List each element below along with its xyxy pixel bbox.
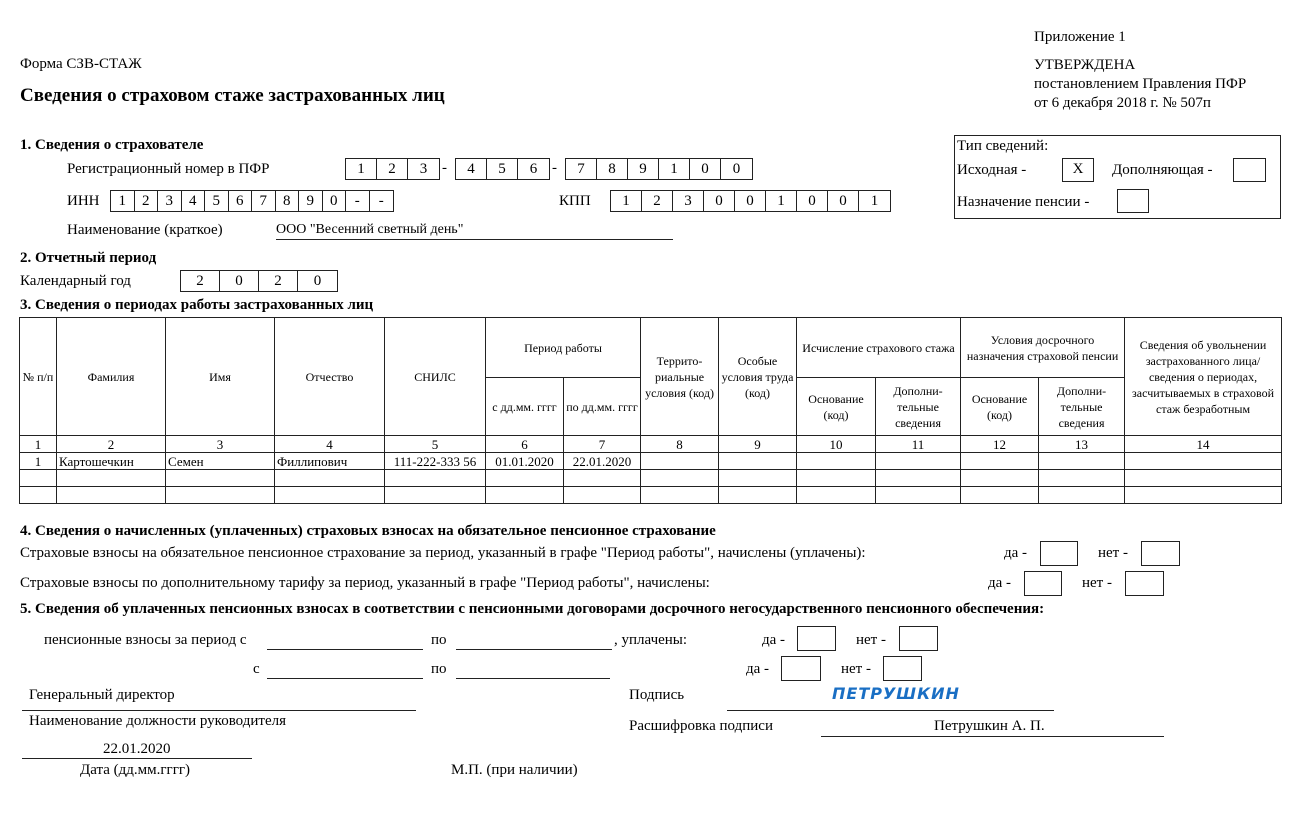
kpp-label: КПП [559, 193, 591, 210]
digit-cell[interactable]: 5 [487, 159, 518, 179]
column-number: 3 [166, 436, 275, 453]
s5-row1-from-field[interactable] [267, 632, 423, 650]
table-cell[interactable] [57, 470, 166, 487]
s4-line2-no-label: нет - [1082, 575, 1112, 592]
col-header-calc-basis: Основание (код) [797, 378, 876, 436]
s5-row2-label: с [253, 661, 260, 678]
table-cell[interactable] [57, 487, 166, 504]
digit-cell[interactable]: 3 [408, 159, 439, 179]
section4-line1: Страховые взносы на обязательное пенсион… [20, 545, 866, 562]
digit-cell[interactable]: 2 [135, 191, 159, 211]
s5-row1-to-field[interactable] [456, 632, 612, 650]
digit-cell[interactable]: 0 [735, 191, 766, 211]
s4-line1-yes-label: да - [1004, 545, 1027, 562]
table-row [20, 487, 1282, 504]
table-cell[interactable] [166, 487, 275, 504]
column-number: 7 [564, 436, 641, 453]
col-header-snils: СНИЛС [385, 318, 486, 436]
digit-cell[interactable]: 2 [259, 271, 298, 291]
table-cell[interactable] [876, 470, 961, 487]
column-number: 11 [876, 436, 961, 453]
digit-cell[interactable]: 2 [377, 159, 408, 179]
col-header-calc: Исчисление страхового стажа [797, 318, 961, 378]
column-number: 13 [1039, 436, 1125, 453]
section4-line2: Страховые взносы по дополнительному тари… [20, 575, 710, 592]
table-cell[interactable] [1125, 487, 1282, 504]
col-header-surname: Фамилия [57, 318, 166, 436]
digit-cell[interactable]: 9 [299, 191, 323, 211]
column-number: 12 [961, 436, 1039, 453]
column-number: 10 [797, 436, 876, 453]
table-cell[interactable] [797, 470, 876, 487]
table-cell[interactable] [719, 453, 797, 470]
digit-cell[interactable]: 5 [205, 191, 229, 211]
stamp-label: М.П. (при наличии) [451, 762, 578, 779]
digit-cell[interactable]: 0 [704, 191, 735, 211]
digit-cell[interactable]: 1 [859, 191, 890, 211]
digit-cell[interactable]: 1 [766, 191, 797, 211]
original-checkbox[interactable]: X [1062, 158, 1094, 182]
digit-cell[interactable]: 3 [158, 191, 182, 211]
table-cell[interactable] [486, 487, 564, 504]
position-line [22, 695, 416, 711]
table-cell[interactable] [1039, 487, 1125, 504]
s5-row1-yes-label: да - [762, 632, 785, 649]
section1-heading: 1. Сведения о страхователе [20, 137, 203, 154]
table-cell[interactable]: 01.01.2020 [486, 453, 564, 470]
s5-paid-label: , уплачены: [614, 632, 687, 649]
table-cell[interactable] [20, 470, 57, 487]
s4-line1-no-checkbox[interactable] [1141, 541, 1180, 566]
supplementary-checkbox[interactable] [1233, 158, 1266, 182]
digit-cell[interactable]: 4 [182, 191, 206, 211]
s5-row1-no-label: нет - [856, 632, 886, 649]
form-code: Форма СЗВ-СТАЖ [20, 56, 142, 73]
short-name-field[interactable]: ООО "Весенний светный день" [276, 222, 673, 240]
digit-cell[interactable]: 6 [229, 191, 253, 211]
table-cell[interactable]: Семен [166, 453, 275, 470]
digit-cell[interactable]: 9 [628, 159, 659, 179]
col-header-calc-extra: Дополни- тельные сведения [876, 378, 961, 436]
col-header-num: № п/п [20, 318, 57, 436]
table-cell[interactable] [961, 470, 1039, 487]
s5-row2-to-field[interactable] [456, 661, 610, 679]
col-header-name: Имя [166, 318, 275, 436]
short-name-label: Наименование (краткое) [67, 222, 223, 239]
column-number: 4 [275, 436, 385, 453]
s5-row1-to-label: по [431, 632, 447, 649]
section5-heading: 5. Сведения об уплаченных пенсионных взн… [20, 601, 1044, 618]
pension-checkbox[interactable] [1117, 189, 1149, 213]
digit-cell[interactable]: 0 [323, 191, 347, 211]
digit-cells[interactable]: 789100 [565, 158, 753, 180]
table-cell[interactable] [641, 470, 719, 487]
col-header-special: Особые условия труда (код) [719, 318, 797, 436]
inn-label: ИНН [67, 193, 100, 210]
table-cell[interactable] [1039, 453, 1125, 470]
section3-heading: 3. Сведения о периодах работы застрахова… [20, 297, 373, 314]
digit-cell[interactable]: 8 [597, 159, 628, 179]
table-cell[interactable] [876, 487, 961, 504]
reg-number-label: Регистрационный номер в ПФР [67, 161, 270, 178]
column-number: 14 [1125, 436, 1282, 453]
table-cell[interactable] [719, 487, 797, 504]
table-cell[interactable] [275, 470, 385, 487]
table-cell[interactable] [1125, 453, 1282, 470]
s5-row2-yes-label: да - [746, 661, 769, 678]
s5-row1-no-checkbox[interactable] [899, 626, 938, 651]
digit-cell[interactable]: 1 [611, 191, 642, 211]
date-label: Дата (дд.мм.гггг) [80, 762, 190, 779]
column-number: 9 [719, 436, 797, 453]
table-cell[interactable] [961, 487, 1039, 504]
s5-row2-no-label: нет - [841, 661, 871, 678]
digit-cell[interactable]: 2 [181, 271, 220, 291]
s5-row2-from-field[interactable] [267, 661, 423, 679]
column-number: 2 [57, 436, 166, 453]
s5-row2-yes-checkbox[interactable] [781, 656, 821, 681]
reg-separator: - [552, 160, 557, 177]
signature-label: Подпись [629, 687, 684, 704]
table-cell[interactable] [797, 487, 876, 504]
digit-cells[interactable]: 456 [455, 158, 550, 180]
digit-cell[interactable]: 7 [252, 191, 276, 211]
digit-cells[interactable]: 1234567890-- [110, 190, 394, 212]
section4-heading: 4. Сведения о начисленных (уплаченных) с… [20, 523, 716, 540]
digit-cell[interactable]: 1 [659, 159, 690, 179]
table-cell[interactable] [1125, 470, 1282, 487]
digit-cell[interactable]: 0 [828, 191, 859, 211]
digit-cell[interactable]: 0 [797, 191, 828, 211]
s5-row2-no-checkbox[interactable] [883, 656, 922, 681]
original-label: Исходная - [957, 162, 1026, 179]
pension-label: Назначение пенсии - [957, 194, 1089, 211]
digit-cell[interactable]: - [346, 191, 370, 211]
digit-cells[interactable]: 123 [345, 158, 440, 180]
table-cell[interactable] [166, 470, 275, 487]
table-cell[interactable] [719, 470, 797, 487]
table-row [20, 470, 1282, 487]
year-label: Календарный год [20, 273, 131, 290]
col-header-patronymic: Отчество [275, 318, 385, 436]
digit-cell[interactable]: 0 [690, 159, 721, 179]
table-cell[interactable] [385, 487, 486, 504]
digit-cell[interactable]: 6 [518, 159, 549, 179]
s4-line2-yes-label: да - [988, 575, 1011, 592]
appendix-label: Приложение 1 [1034, 29, 1126, 46]
table-cell[interactable] [641, 453, 719, 470]
s4-line2-no-checkbox[interactable] [1125, 571, 1164, 596]
table-cell[interactable] [797, 453, 876, 470]
col-header-to: по дд.мм. гггг [564, 378, 641, 436]
supplementary-label: Дополняющая - [1112, 162, 1213, 179]
date-field[interactable] [22, 741, 252, 759]
digit-cell[interactable]: 2 [642, 191, 673, 211]
table-cell[interactable] [486, 470, 564, 487]
col-header-early-basis: Основание (код) [961, 378, 1039, 436]
short-name-value: ООО "Весенний светный день" [276, 222, 463, 237]
section2-heading: 2. Отчетный период [20, 250, 156, 267]
table-cell[interactable] [641, 487, 719, 504]
column-number: 6 [486, 436, 564, 453]
page-title: Сведения о страховом стаже застрахованны… [20, 85, 445, 107]
info-type-label: Тип сведений: [957, 138, 1048, 155]
digit-cell[interactable]: 0 [298, 271, 337, 291]
approved-label: УТВЕРЖДЕНА [1034, 57, 1135, 74]
digit-cell[interactable]: 3 [673, 191, 704, 211]
table-cell[interactable]: Филлипович [275, 453, 385, 470]
col-header-from: с дд.мм. гггг [486, 378, 564, 436]
table-cell[interactable] [1039, 470, 1125, 487]
signature-value: ПЕТРУШКИН [832, 684, 960, 703]
s5-row1-label: пенсионные взносы за период с [44, 632, 247, 649]
digit-cell[interactable]: 0 [220, 271, 259, 291]
digit-cells[interactable]: 2020 [180, 270, 338, 292]
s4-line2-yes-checkbox[interactable] [1024, 571, 1062, 596]
column-number: 8 [641, 436, 719, 453]
s5-row1-yes-checkbox[interactable] [797, 626, 836, 651]
table-cell[interactable] [20, 487, 57, 504]
table-cell[interactable]: 111-222-333 56 [385, 453, 486, 470]
table-cell[interactable] [876, 453, 961, 470]
decode-value: Петрушкин А. П. [934, 718, 1045, 735]
approved-by: постановлением Правления ПФР [1034, 76, 1246, 93]
digit-cell[interactable]: 8 [276, 191, 300, 211]
table-cell[interactable]: Картошечкин [57, 453, 166, 470]
digit-cell[interactable]: 4 [456, 159, 487, 179]
table-cell[interactable] [385, 470, 486, 487]
work-periods-table: № п/п Фамилия Имя Отчество СНИЛС Период … [19, 317, 1282, 504]
table-cell[interactable]: 22.01.2020 [564, 453, 641, 470]
table-cell[interactable] [961, 453, 1039, 470]
digit-cell[interactable]: 7 [566, 159, 597, 179]
position-label: Наименование должности руководителя [29, 713, 286, 730]
digit-cell[interactable]: - [370, 191, 394, 211]
s4-line1-yes-checkbox[interactable] [1040, 541, 1078, 566]
table-cell[interactable] [564, 470, 641, 487]
digit-cell[interactable]: 1 [346, 159, 377, 179]
column-numbers-row: 1234567891011121314 [20, 436, 1282, 453]
s4-line1-no-label: нет - [1098, 545, 1128, 562]
digit-cells[interactable]: 123001001 [610, 190, 891, 212]
reg-separator: - [442, 160, 447, 177]
table-cell[interactable] [275, 487, 385, 504]
digit-cell[interactable]: 1 [111, 191, 135, 211]
column-number: 1 [20, 436, 57, 453]
col-header-territorial: Террито- риальные условия (код) [641, 318, 719, 436]
approved-date: от 6 декабря 2018 г. № 507п [1034, 95, 1211, 112]
table-cell[interactable]: 1 [20, 453, 57, 470]
col-header-dismissal: Сведения об увольнении застрахованного л… [1125, 318, 1282, 436]
col-header-period: Период работы [486, 318, 641, 378]
table-row: 1КартошечкинСеменФиллипович111-222-333 5… [20, 453, 1282, 470]
col-header-early-extra: Дополни- тельные сведения [1039, 378, 1125, 436]
col-header-early: Условия досрочного назначения страховой … [961, 318, 1125, 378]
s5-row2-to-label: по [431, 661, 447, 678]
column-number: 5 [385, 436, 486, 453]
table-cell[interactable] [564, 487, 641, 504]
decode-label: Расшифровка подписи [629, 718, 773, 735]
digit-cell[interactable]: 0 [721, 159, 752, 179]
